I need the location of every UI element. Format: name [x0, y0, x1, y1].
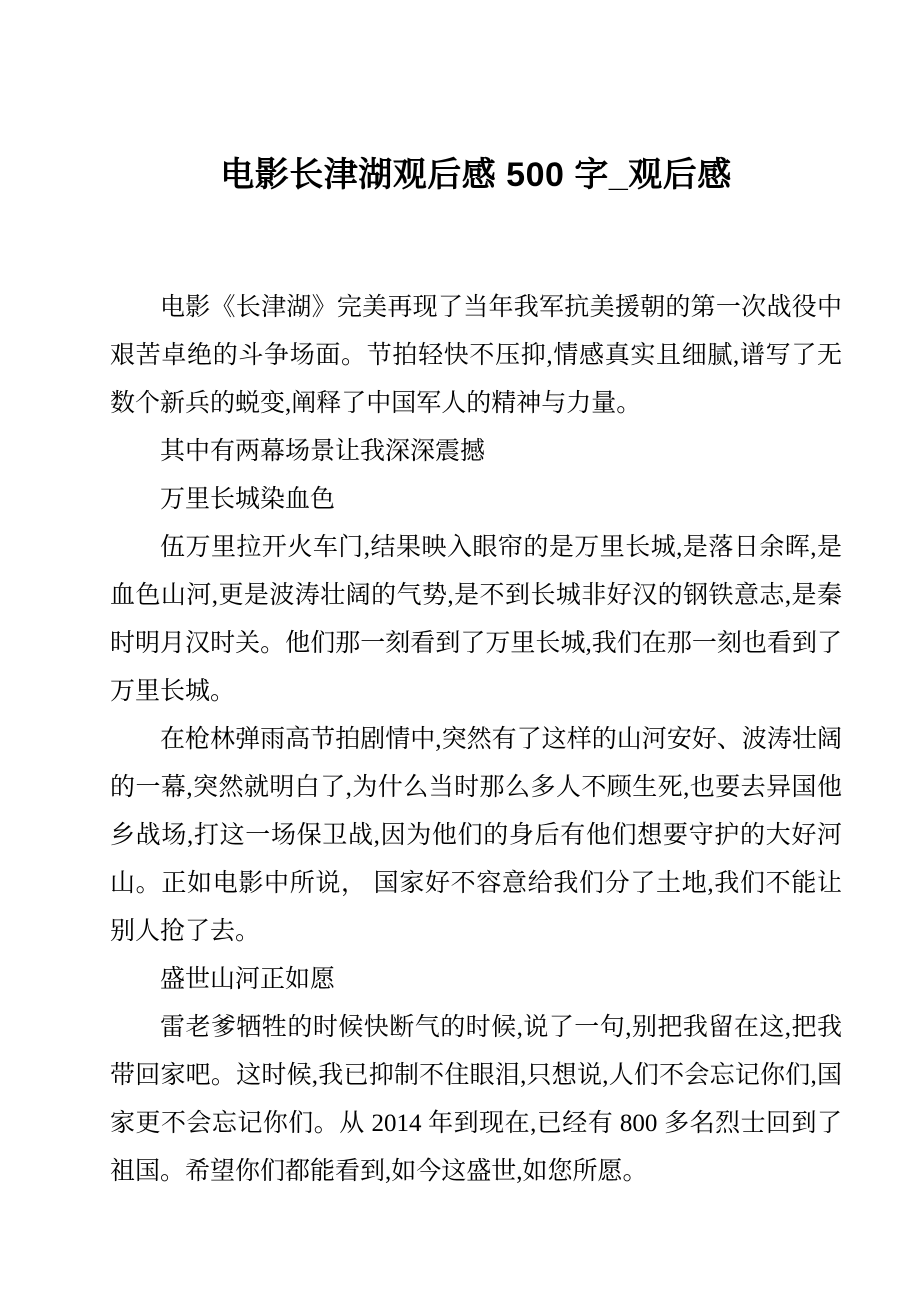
paragraph-reflection: 在枪林弹雨高节拍剧情中,突然有了这样的山河安好、波涛壮阔的一幕,突然就明白了,为… [110, 716, 842, 956]
paragraph-intro: 电影《长津湖》完美再现了当年我军抗美援朝的第一次战役中艰苦卓绝的斗争场面。节拍轻… [110, 284, 842, 428]
paragraph-great-wall-scene: 伍万里拉开火车门,结果映入眼帘的是万里长城,是落日余晖,是血色山河,更是波涛壮阔… [110, 524, 842, 716]
subheading-prosperous-era: 盛世山河正如愿 [110, 956, 842, 1004]
document-page: 电影长津湖观后感 500 字_观后感 电影《长津湖》完美再现了当年我军抗美援朝的… [0, 0, 920, 1302]
paragraph-lei-laoye: 雷老爹牺牲的时候快断气的时候,说了一句,别把我留在这,把我带回家吧。这时候,我已… [110, 1004, 842, 1196]
document-body: 电影《长津湖》完美再现了当年我军抗美援朝的第一次战役中艰苦卓绝的斗争场面。节拍轻… [110, 284, 842, 1196]
subheading-great-wall: 万里长城染血色 [110, 476, 842, 524]
document-content: 电影长津湖观后感 500 字_观后感 电影《长津湖》完美再现了当年我军抗美援朝的… [0, 0, 920, 1196]
subheading-two-scenes: 其中有两幕场景让我深深震撼 [110, 428, 842, 476]
document-title: 电影长津湖观后感 500 字_观后感 [110, 0, 842, 198]
